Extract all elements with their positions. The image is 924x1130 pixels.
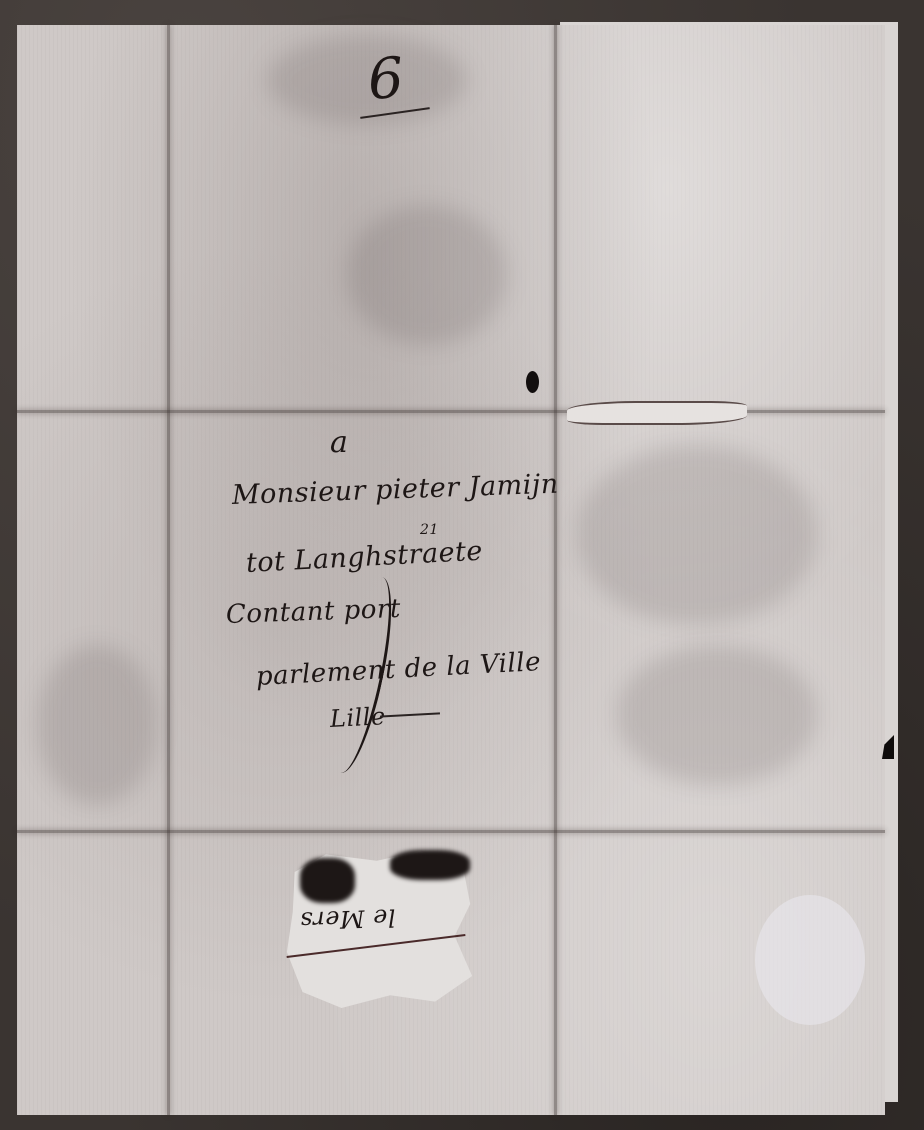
fold-line xyxy=(554,25,557,1115)
fold-line xyxy=(167,25,170,1115)
page-number: 6 xyxy=(366,46,407,113)
address-preposition: a xyxy=(330,425,348,460)
seal-fragment-text: le Mers xyxy=(300,903,396,934)
paper-hole xyxy=(526,371,539,393)
address-annotation: 21 xyxy=(420,522,439,538)
faded-mark xyxy=(755,895,865,1025)
fold-line xyxy=(17,830,885,833)
fold-line xyxy=(17,410,885,413)
stain xyxy=(37,645,157,805)
stain xyxy=(347,205,507,345)
stain xyxy=(577,445,817,625)
stain xyxy=(617,645,817,785)
paper-tear xyxy=(567,401,747,425)
wax-seal-residue xyxy=(300,858,355,903)
wax-seal-residue xyxy=(390,850,470,880)
